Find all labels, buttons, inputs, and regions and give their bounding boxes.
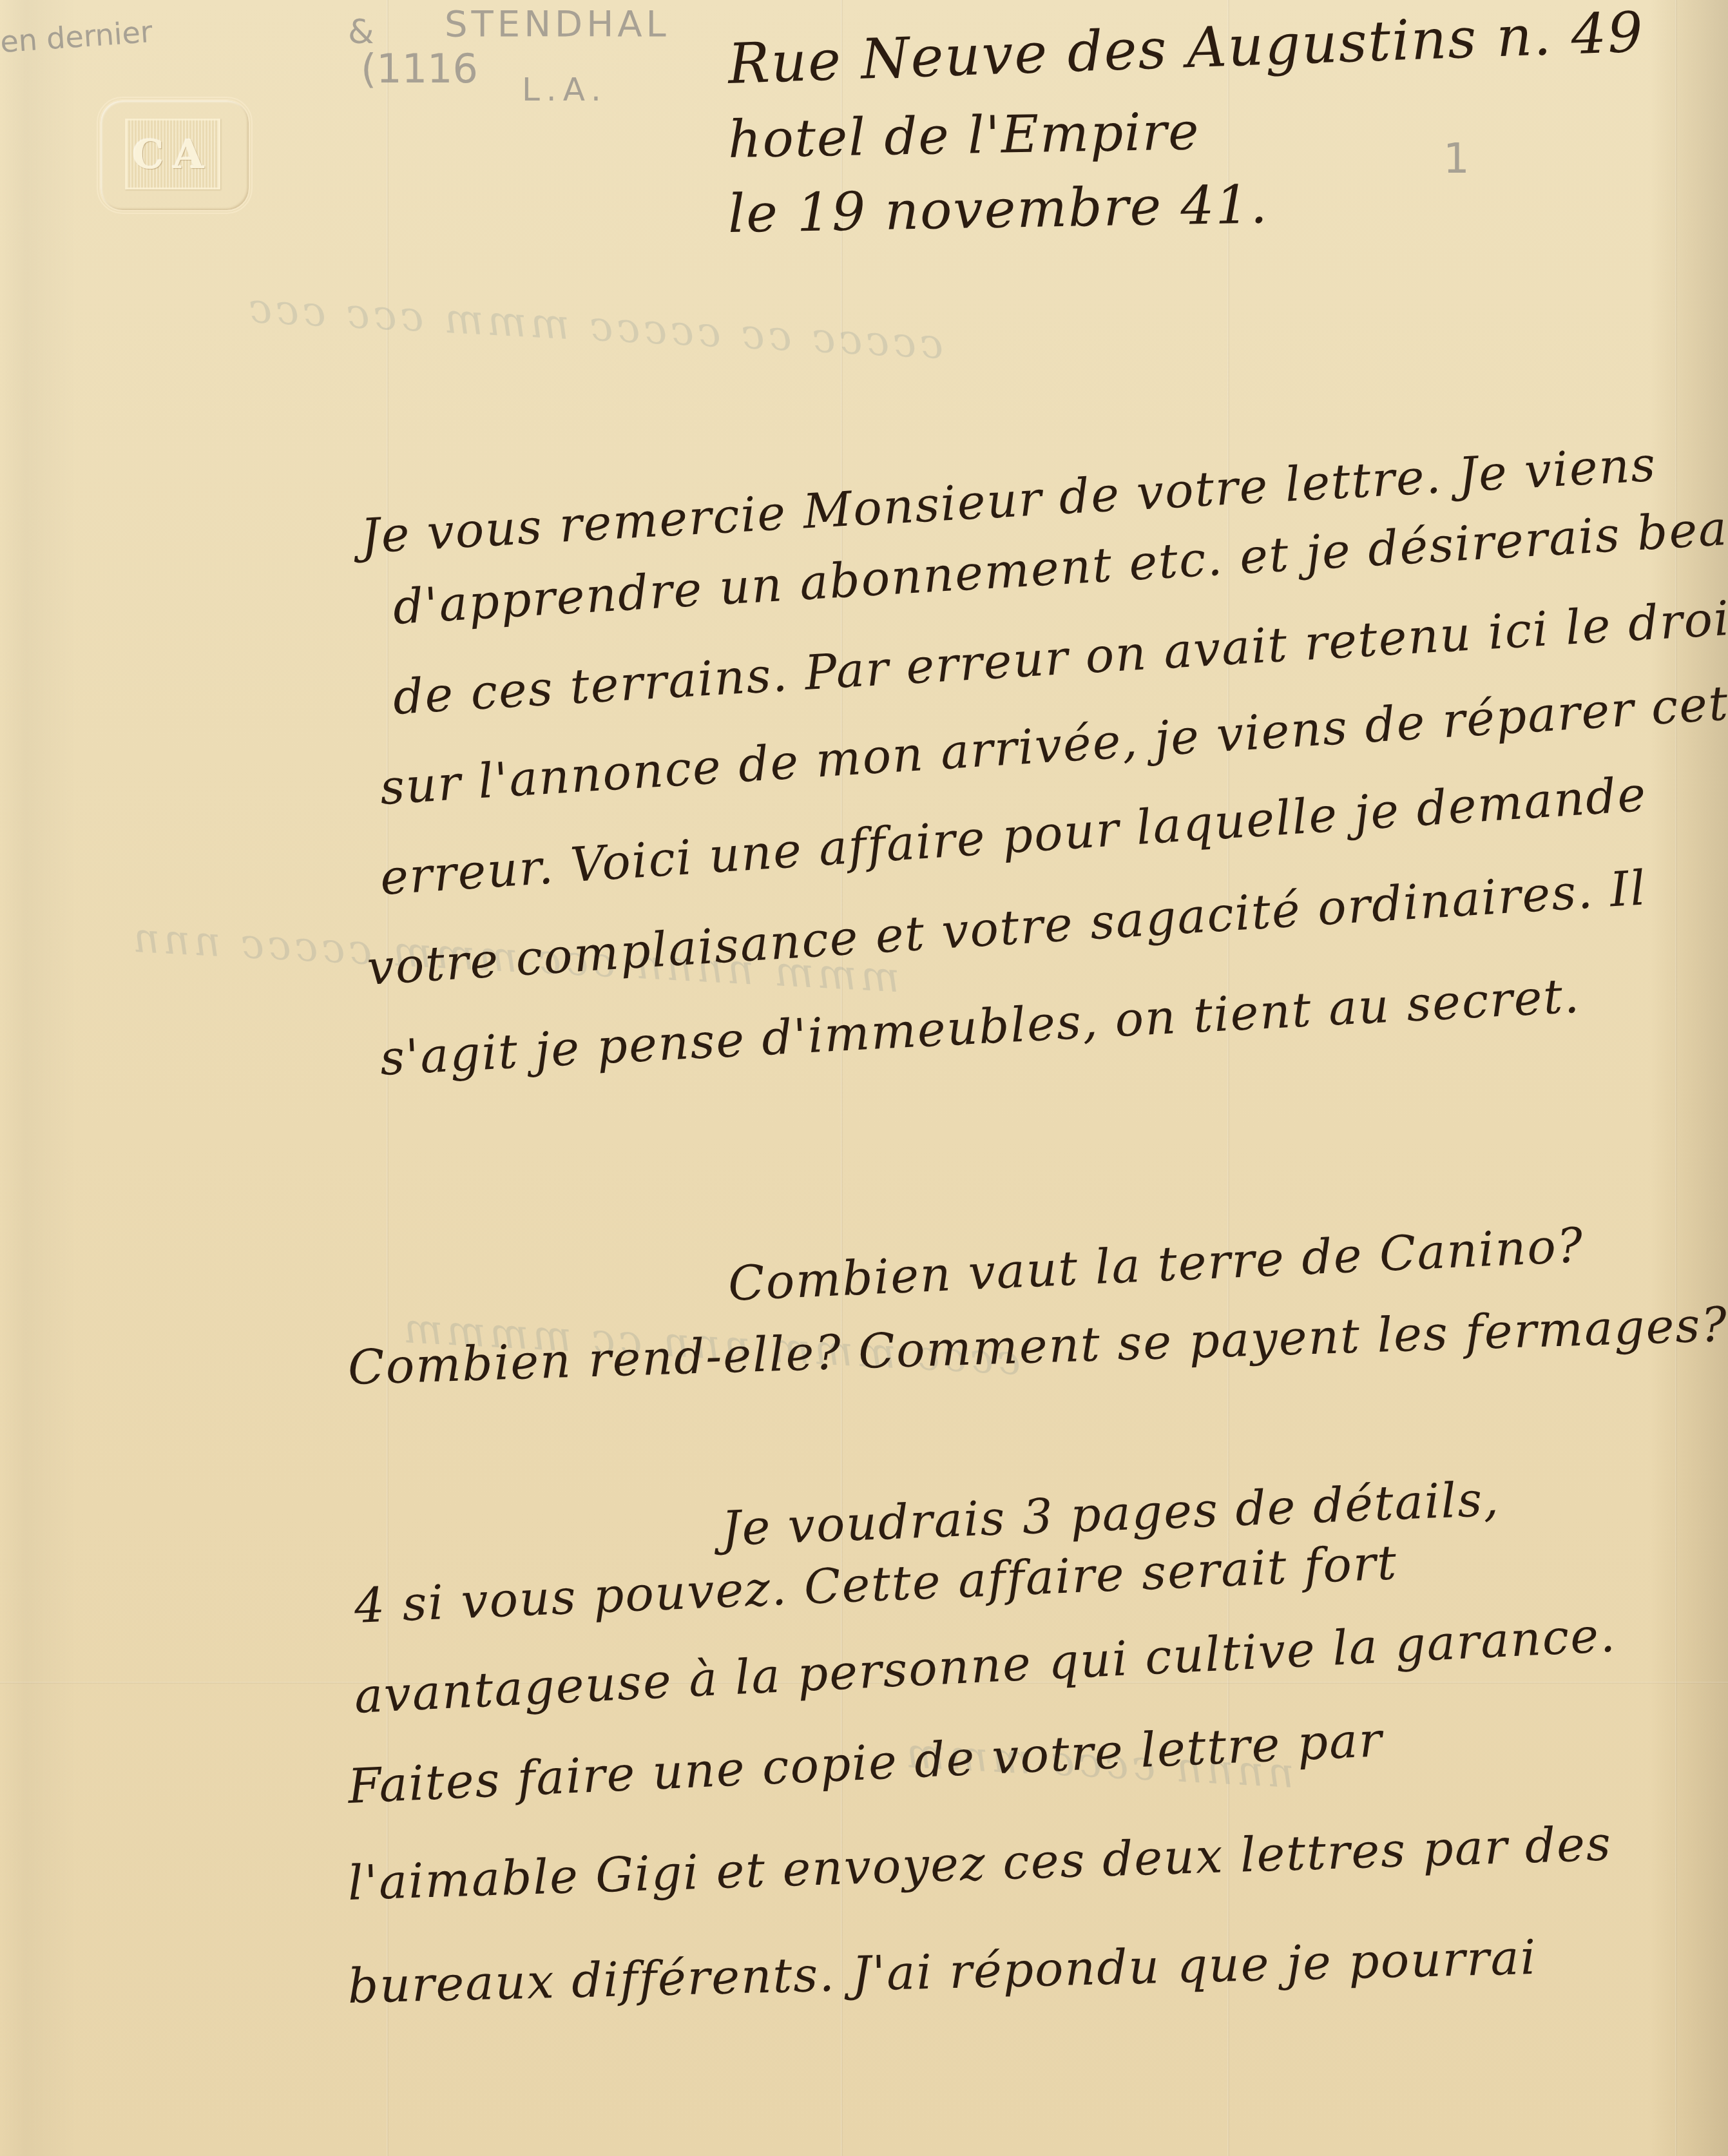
body-line: s'agit je pense d'immeubles, on tient au… <box>379 968 1582 1086</box>
address-line-2: hotel de l'Empire <box>727 101 1200 169</box>
bleed-through-text: ccccc cc ccccc mmm ccc ccc <box>244 285 945 369</box>
body-line: Combien vaut la terre de Canino? <box>727 1218 1585 1312</box>
pencil-note-top-left: en dernier <box>0 14 153 59</box>
embossed-monogram: CA <box>97 97 253 214</box>
body-line: l'aimable Gigi et envoyez ces deux lettr… <box>347 1816 1613 1911</box>
monogram-letters: CA <box>132 131 213 178</box>
pencil-note-stamp-label: STENDHAL <box>445 3 670 45</box>
body-line: bureaux différents. J'ai répondu que je … <box>347 1930 1537 2014</box>
body-line: Combien rend-elle? Comment se payent les… <box>347 1297 1728 1396</box>
date-line: le 19 novembre 41. <box>727 174 1269 245</box>
address-line-1: Rue Neuve des Augustins n. 49 <box>727 0 1645 97</box>
letter-page: ccccc cc ccccc mmm ccc ccc mmm nnnn ccc … <box>0 0 1728 2156</box>
pencil-note-initials: L.A. <box>522 71 608 108</box>
fold-crease <box>1675 0 1677 2156</box>
pencil-folio-number: 1 <box>1443 135 1470 183</box>
pencil-note-catalog-number: (1116 <box>361 45 478 92</box>
